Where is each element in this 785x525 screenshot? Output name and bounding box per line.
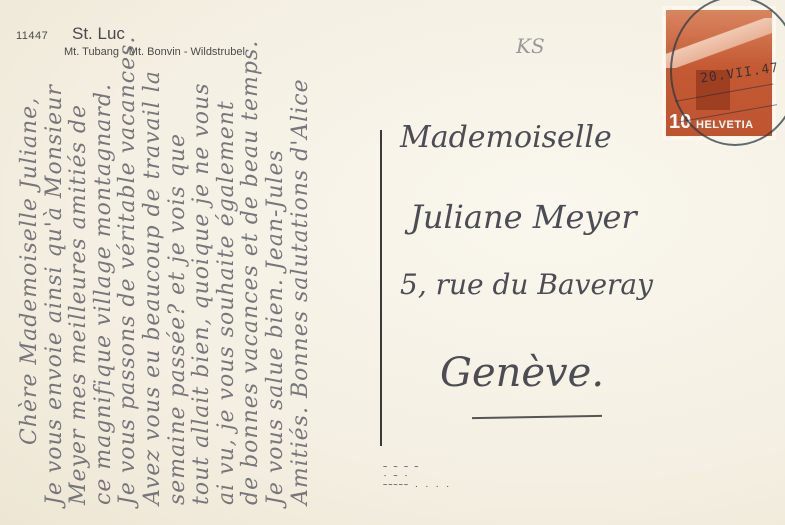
message-line: ai vu, je vous souhaite également [215, 35, 240, 505]
address-salutation: Mademoiselle [400, 120, 612, 155]
message-line: tout allait bien, quoique je ne vous [190, 35, 215, 505]
message-line: de bonnes vacances et de beau temps. [239, 35, 264, 505]
message-line: ce magnifique village montagnard. [92, 35, 117, 505]
message-line: semaine passée? et je vois que [166, 35, 191, 505]
address-street: 5, rue du Baveray [400, 268, 653, 301]
postcard-back: 11447 St. Luc Mt. Tubang - Mt. Bonvin - … [0, 0, 785, 525]
address-name: Juliane Meyer [410, 198, 637, 236]
message-line: Je vous passons de véritable vacances. [116, 35, 141, 505]
message-line: Meyer mes meilleures amitiés de [67, 35, 92, 505]
stamp-country: HELVETIA [696, 119, 754, 131]
printer-mark-line: ~~~~~ . . . . [383, 481, 451, 490]
message-line: Avez vous eu beaucoup de travail la [141, 35, 166, 505]
message-line: Chère Mademoiselle Juliane, [18, 35, 43, 505]
printer-mark-line: - ~ - [383, 472, 451, 481]
message-lines: Chère Mademoiselle Juliane, Je vous envo… [18, 35, 313, 505]
message-line: Amitiés. Bonnes salutations d'Alice [289, 35, 314, 505]
address-city: Genève. [440, 350, 604, 396]
handwritten-message: Chère Mademoiselle Juliane, Je vous envo… [0, 0, 378, 525]
pencil-annotation: KS [516, 34, 545, 58]
printer-mark-line: ~ ~ ~ ~ [383, 463, 451, 472]
center-divider-line [380, 130, 382, 446]
message-line: Je vous envoie ainsi qu'à Monsieur [43, 35, 68, 505]
city-underline [472, 415, 602, 419]
message-line: Je vous salue bien. Jean-Jules [264, 35, 289, 505]
mountain-icon [666, 18, 772, 68]
printer-mark: ~ ~ ~ ~ - ~ - ~~~~~ . . . . [383, 463, 451, 490]
